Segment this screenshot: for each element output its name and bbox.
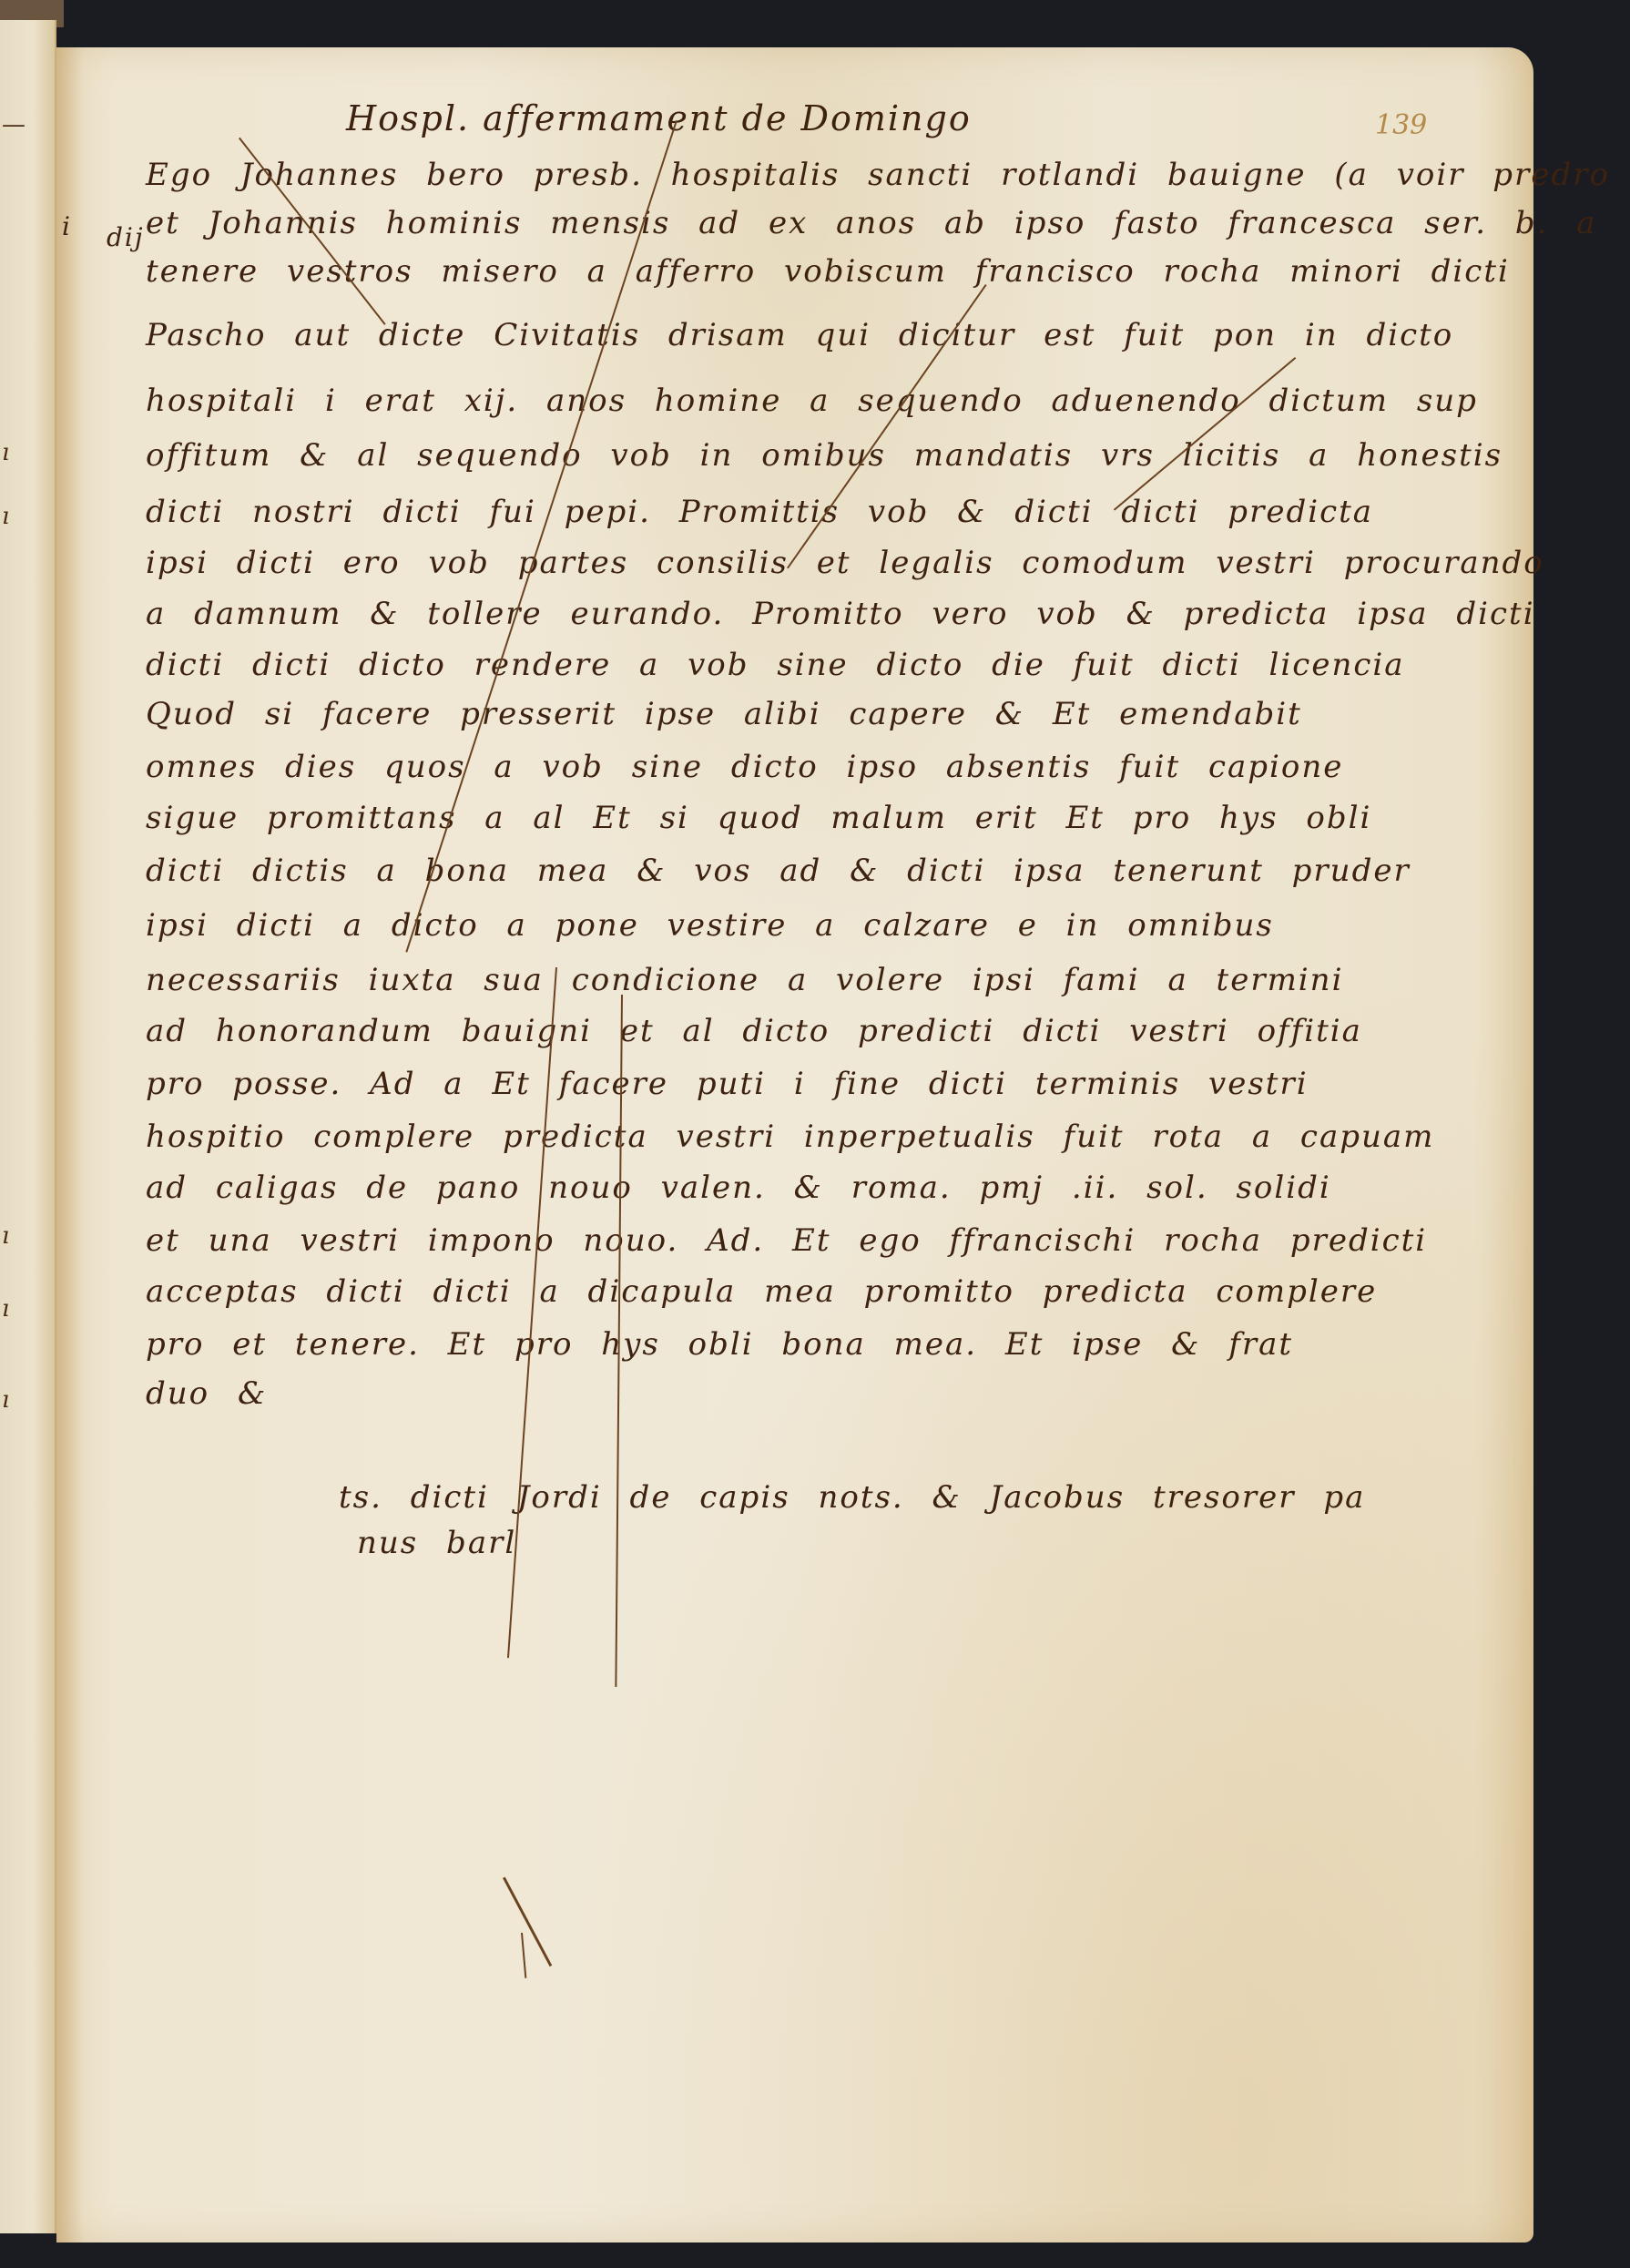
gutter-shadow: [56, 47, 84, 2242]
body-line-13: sigue promittans a al Et si quod malum e…: [146, 800, 1371, 836]
body-line-10: dicti dicti dicto rendere a vob sine dic…: [146, 647, 1405, 683]
body-line-18: pro posse. Ad a Et facere puti i fine di…: [146, 1066, 1309, 1102]
facing-page-edge: — ı ı ı ı ı: [0, 20, 56, 2233]
witness-line-2: nus barl: [357, 1525, 516, 1561]
body-line-24: duo &: [146, 1375, 267, 1412]
folio-heading: Hospl. affermament de Domingo: [346, 98, 972, 138]
facing-page-fragment: ı: [2, 1222, 9, 1250]
body-line-12: omnes dies quos a vob sine dicto ipso ab…: [146, 749, 1343, 785]
body-line-8: ipsi dicti ero vob partes consilis et le…: [146, 545, 1544, 581]
margin-note-outer: dij: [107, 222, 145, 252]
body-line-9: a damnum & tollere eurando. Promitto ver…: [146, 596, 1535, 632]
body-line-14: dicti dictis a bona mea & vos ad & dicti…: [146, 853, 1411, 889]
stray-pen-mark: [521, 1933, 526, 1978]
body-line-22: acceptas dicti dicti a dicapula mea prom…: [146, 1273, 1377, 1310]
body-line-21: et una vestri impono nouo. Ad. Et ego ff…: [146, 1222, 1427, 1259]
body-line-3: tenere vestros misero a afferro vobiscum…: [146, 253, 1510, 290]
margin-note-gutter: i: [62, 211, 72, 241]
body-line-17: ad honorandum bauigni et al dicto predic…: [146, 1013, 1362, 1049]
manuscript-folio: Hospl. affermament de Domingo 139 i dij …: [56, 47, 1533, 2242]
body-line-23: pro et tenere. Et pro hys obli bona mea.…: [146, 1326, 1293, 1363]
body-line-4: Pascho aut dicte Civitatis drisam qui di…: [146, 317, 1453, 353]
body-line-2: et Johannis hominis mensis ad ex anos ab…: [146, 205, 1597, 241]
cancellation-stroke: [1114, 357, 1296, 511]
facing-page-fragment: ı: [2, 439, 9, 466]
scan-background: — ı ı ı ı ı Hospl. affermament de Doming…: [0, 0, 1630, 2268]
witness-line-1: ts. dicti Jordi de capis nots. & Jacobus…: [339, 1479, 1365, 1516]
body-line-7: dicti nostri dicti fui pepi. Promittis v…: [146, 494, 1373, 530]
folio-number: 139: [1375, 109, 1427, 141]
body-line-11: Quod si facere presserit ipse alibi cape…: [146, 696, 1302, 732]
body-line-15: ipsi dicti a dicto a pone vestire a calz…: [146, 907, 1274, 944]
facing-page-fragment: —: [2, 111, 25, 138]
body-line-19: hospitio complere predicta vestri inperp…: [146, 1119, 1434, 1155]
body-line-16: necessariis iuxta sua condicione a voler…: [146, 962, 1343, 998]
body-line-5: hospitali i erat xij. anos homine a sequ…: [146, 383, 1478, 419]
body-line-20: ad caligas de pano nouo valen. & roma. p…: [146, 1170, 1331, 1206]
body-line-6: offitum & al sequendo vob in omibus mand…: [146, 437, 1503, 474]
facing-page-fragment: ı: [2, 1295, 9, 1323]
facing-page-fragment: ı: [2, 1386, 9, 1414]
body-line-1: Ego Johannes bero presb. hospitalis sanc…: [146, 157, 1630, 193]
facing-page-fragment: ı: [2, 503, 9, 530]
stray-pen-mark: [503, 1877, 552, 1967]
